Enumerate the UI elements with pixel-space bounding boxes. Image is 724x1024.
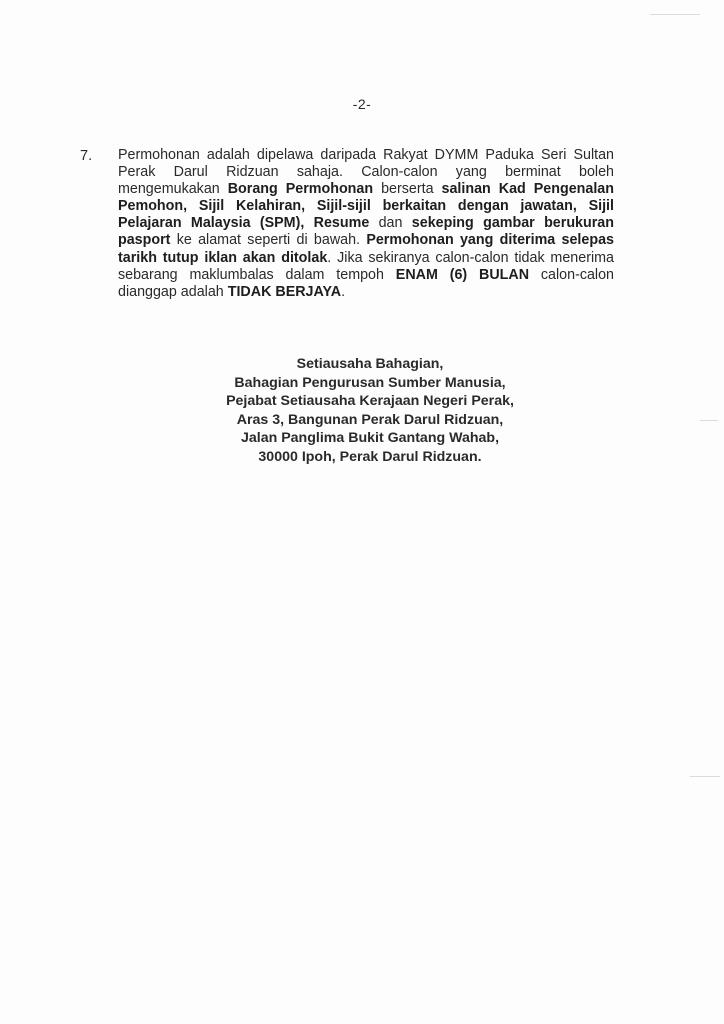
body-text: berserta bbox=[373, 181, 441, 197]
scan-mark bbox=[700, 420, 718, 421]
body-text: dan bbox=[369, 215, 412, 231]
emphasis-text: TIDAK BERJAYA bbox=[228, 284, 341, 300]
address-line: 30000 Ipoh, Perak Darul Ridzuan. bbox=[0, 448, 724, 467]
address-line: Pejabat Setiausaha Kerajaan Negeri Perak… bbox=[0, 392, 724, 411]
paragraph-number: 7. bbox=[80, 148, 92, 164]
scan-mark bbox=[690, 776, 720, 777]
scan-mark bbox=[650, 14, 700, 15]
address-line: Bahagian Pengurusan Sumber Manusia, bbox=[0, 374, 724, 393]
address-block: Setiausaha Bahagian,Bahagian Pengurusan … bbox=[0, 355, 724, 467]
page-number: -2- bbox=[0, 96, 724, 112]
address-line: Setiausaha Bahagian, bbox=[0, 355, 724, 374]
address-line: Jalan Panglima Bukit Gantang Wahab, bbox=[0, 429, 724, 448]
address-line: Aras 3, Bangunan Perak Darul Ridzuan, bbox=[0, 411, 724, 430]
faint-stamp bbox=[315, 322, 317, 331]
body-text: ke alamat seperti di bawah. bbox=[170, 232, 366, 248]
emphasis-text: Borang Permohonan bbox=[228, 181, 373, 197]
emphasis-text: ENAM (6) BULAN bbox=[396, 267, 529, 283]
paragraph-body: Permohonan adalah dipelawa daripada Raky… bbox=[118, 147, 614, 301]
body-text: . bbox=[341, 284, 345, 300]
